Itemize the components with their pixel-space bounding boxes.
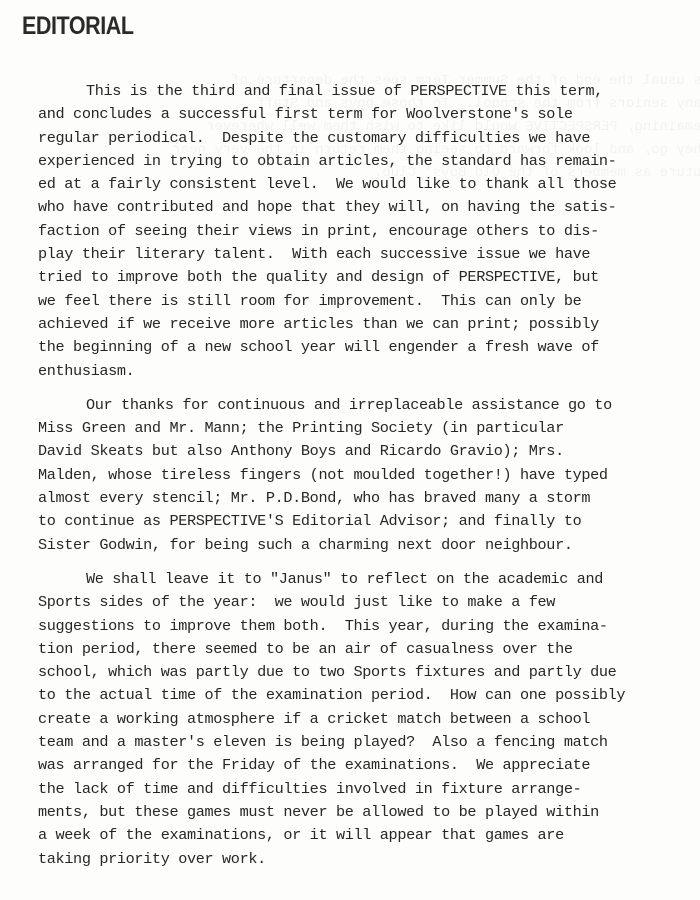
paragraph: This is the third and final issue of PER… (38, 80, 678, 383)
text-line: David Skeats but also Anthony Boys and R… (38, 440, 678, 463)
text-line: tried to improve both the quality and de… (38, 266, 678, 289)
paragraph: We shall leave it to "Janus" to reflect … (38, 568, 678, 871)
text-line: team and a master's eleven is being play… (38, 731, 678, 754)
text-line: the lack of time and difficulties involv… (38, 778, 678, 801)
text-line: This is the third and final issue of PER… (38, 80, 678, 103)
text-line: a week of the examinations, or it will a… (38, 824, 678, 847)
text-line: ments, but these games must never be all… (38, 801, 678, 824)
text-line: tion period, there seemed to be an air o… (38, 638, 678, 661)
paragraph: Our thanks for continuous and irreplacea… (38, 394, 678, 557)
page-title: EDITORIAL (22, 12, 134, 41)
text-line: enthusiasm. (38, 360, 678, 383)
text-line: almost every stencil; Mr. P.D.Bond, who … (38, 487, 678, 510)
text-line: to the actual time of the examination pe… (38, 684, 678, 707)
text-line: play their literary talent. With each su… (38, 243, 678, 266)
text-line: to continue as PERSPECTIVE'S Editorial A… (38, 510, 678, 533)
text-line: Our thanks for continuous and irreplacea… (38, 394, 678, 417)
text-line: Sister Godwin, for being such a charming… (38, 534, 678, 557)
text-line: and concludes a successful first term fo… (38, 103, 678, 126)
text-line: regular periodical. Despite the customar… (38, 127, 678, 150)
text-line: was arranged for the Friday of the exami… (38, 754, 678, 777)
text-line: Sports sides of the year: we would just … (38, 591, 678, 614)
text-line: suggestions to improve them both. This y… (38, 615, 678, 638)
editorial-body: This is the third and final issue of PER… (38, 80, 678, 882)
text-line: We shall leave it to "Janus" to reflect … (38, 568, 678, 591)
text-line: faction of seeing their views in print, … (38, 220, 678, 243)
text-line: Miss Green and Mr. Mann; the Printing So… (38, 417, 678, 440)
text-line: achieved if we receive more articles tha… (38, 313, 678, 336)
text-line: school, which was partly due to two Spor… (38, 661, 678, 684)
text-line: Malden, whose tireless fingers (not moul… (38, 464, 678, 487)
text-line: taking priority over work. (38, 848, 678, 871)
text-line: the beginning of a new school year will … (38, 336, 678, 359)
text-line: we feel there is still room for improvem… (38, 290, 678, 313)
text-line: create a working atmosphere if a cricket… (38, 708, 678, 731)
document-page: As usual the end of the Summer Term sees… (0, 0, 700, 900)
text-line: ed at a fairly consistent level. We woul… (38, 173, 678, 196)
text-line: who have contributed and hope that they … (38, 196, 678, 219)
text-line: experienced in trying to obtain articles… (38, 150, 678, 173)
